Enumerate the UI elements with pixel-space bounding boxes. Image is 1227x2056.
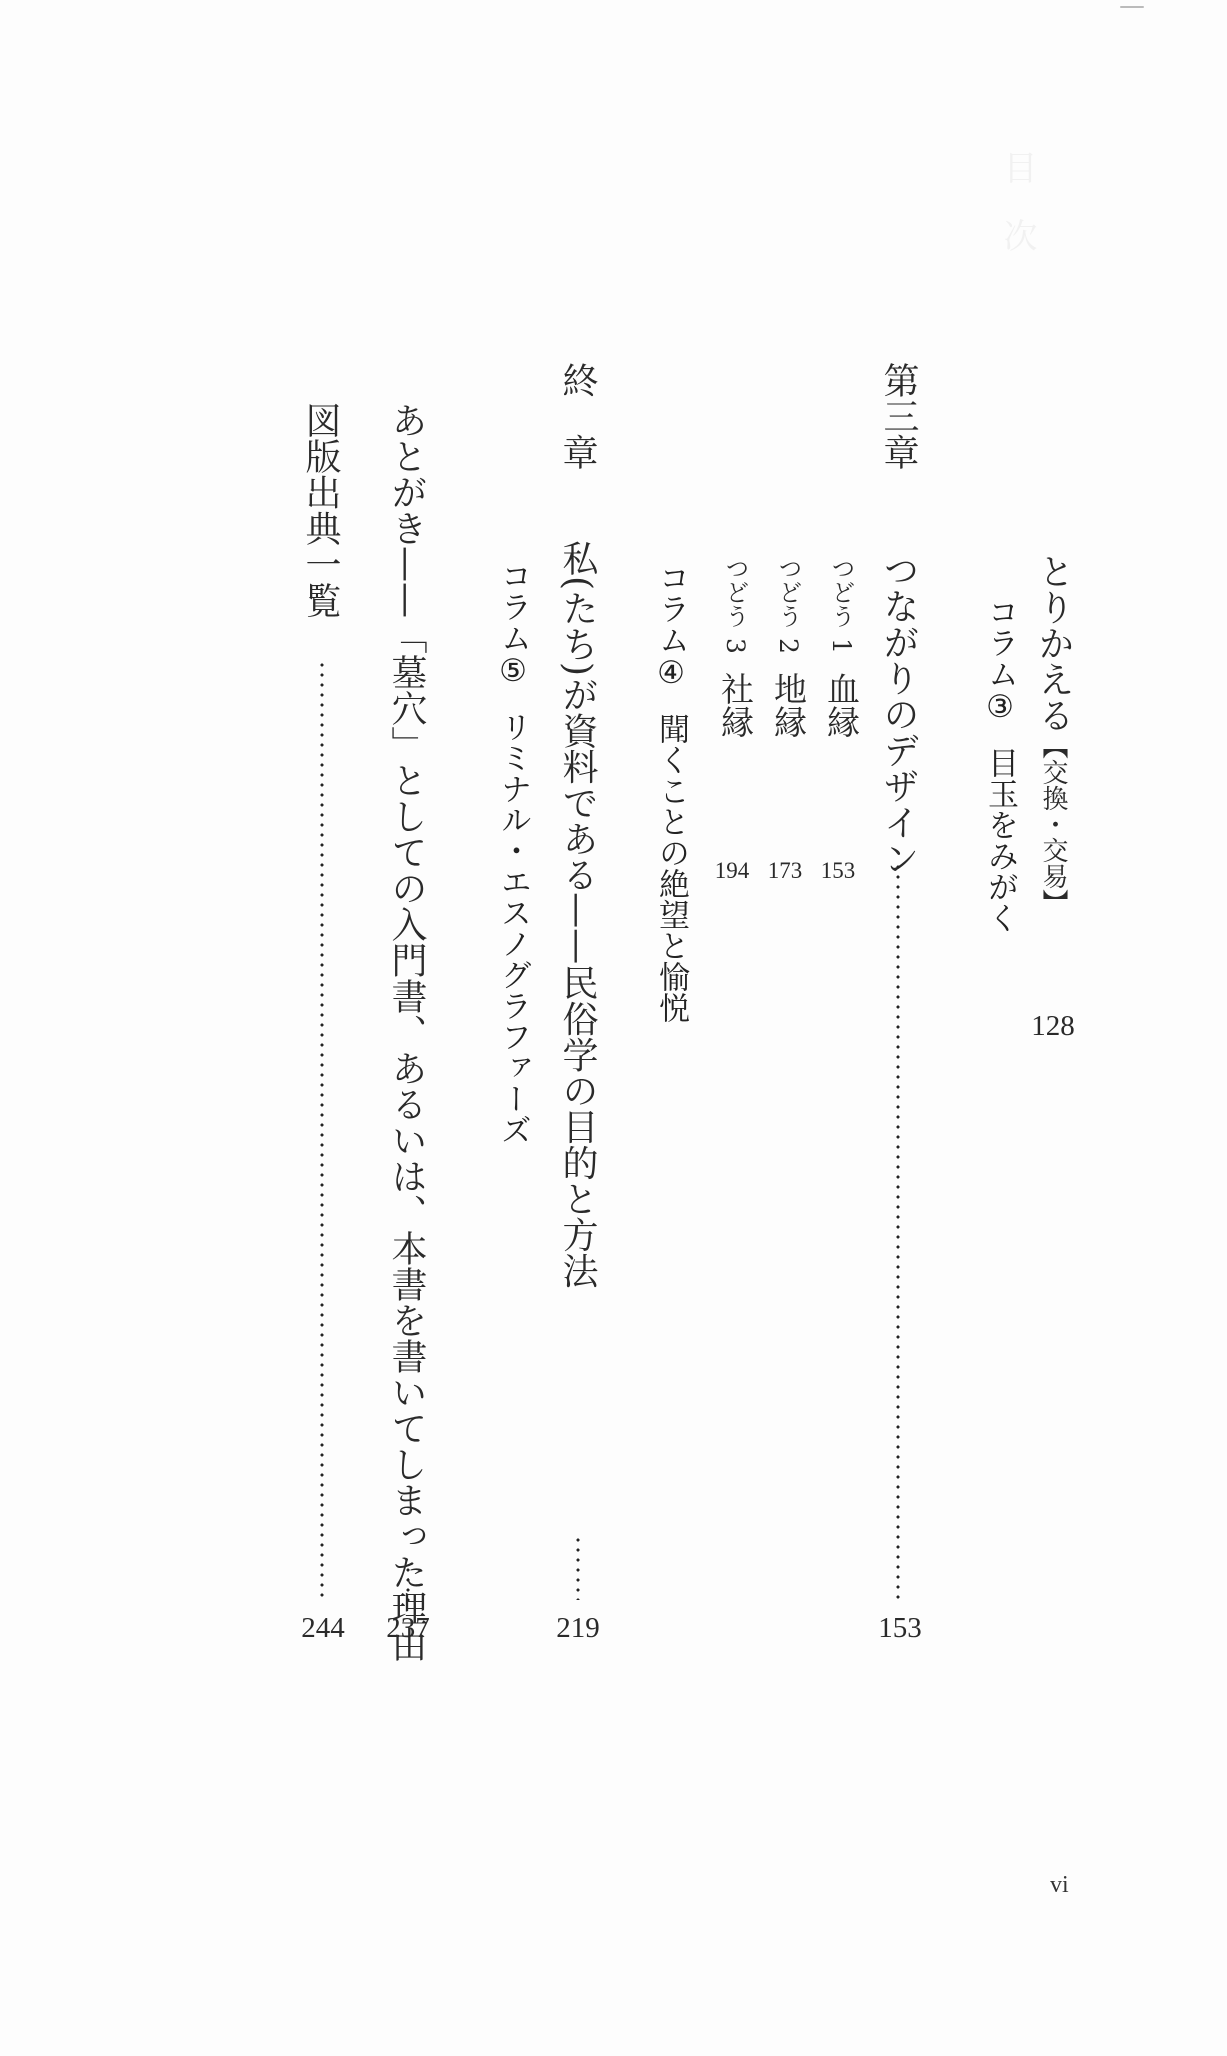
section-number: 1 — [827, 638, 856, 654]
page-number: 173 — [768, 858, 803, 884]
show-through-text: 目 次 — [1000, 150, 1034, 252]
toc-entry-final-chapter[interactable]: 終 章私(たち)が資料である——民俗学の目的と方法 — [559, 362, 595, 1288]
circled-number: ④ — [653, 655, 689, 691]
entry-title: 血縁 — [822, 672, 861, 738]
entry-title: リミナル・エスノグラファーズ — [495, 711, 531, 1145]
section-label: つどう — [721, 556, 749, 628]
page-number: 244 — [301, 1612, 345, 1645]
page-number: 194 — [715, 858, 750, 884]
toc-entry-tsudou-3[interactable]: つどう3社縁 — [719, 556, 752, 738]
toc-entry-column-5[interactable]: コラム⑤リミナル・エスノグラファーズ — [497, 560, 528, 1145]
toc-entry-column-4[interactable]: コラム④聞くことの絶望と愉悦 — [655, 562, 686, 1023]
section-label: つどう — [774, 556, 802, 628]
entry-title: とりかえる — [1033, 553, 1074, 733]
page-folio: vi — [1050, 1872, 1069, 1899]
dot-leader — [897, 862, 900, 1602]
entry-title: 図版出典一覧 — [300, 402, 341, 618]
dot-leader — [577, 1535, 580, 1600]
entry-title: 私(たち)が資料である——民俗学の目的と方法 — [557, 540, 598, 1288]
scan-mark — [1120, 6, 1144, 8]
toc-entry-figure-credits[interactable]: 図版出典一覧 — [302, 402, 338, 618]
page-number: 219 — [556, 1612, 600, 1645]
toc-entry-chapter-3[interactable]: 第三章つながりのデザイン — [880, 362, 916, 876]
entry-title: あとがき——「墓穴」としての入門書、あるいは、本書を書いてしまった理由 — [386, 402, 427, 1662]
page-number: 153 — [821, 858, 856, 884]
section-number: 2 — [774, 638, 803, 654]
page-number: 237 — [386, 1612, 430, 1645]
entry-title: 社縁 — [716, 672, 755, 738]
page-number: 128 — [1031, 1010, 1075, 1043]
dot-leader — [407, 1565, 410, 1603]
entry-suffix: 【交換・交易】 — [1038, 733, 1068, 915]
column-label: コラム — [982, 596, 1018, 689]
toc-entry-tsudou-1[interactable]: つどう1血縁 — [825, 556, 858, 738]
entry-title: つながりのデザイン — [878, 552, 919, 876]
circled-number: ⑤ — [495, 653, 531, 689]
toc-entry-column-3[interactable]: コラム③目玉をみがく — [984, 596, 1015, 933]
dot-leader — [321, 660, 324, 1602]
toc-entry-afterword[interactable]: あとがき——「墓穴」としての入門書、あるいは、本書を書いてしまった理由 — [388, 402, 424, 1662]
section-number: 3 — [721, 638, 750, 654]
toc-entry-torikaeru[interactable]: とりかえる【交換・交易】 — [1035, 553, 1071, 915]
page-number: 153 — [878, 1612, 922, 1645]
column-label: コラム — [653, 562, 689, 655]
column-label: コラム — [495, 560, 531, 653]
entry-title: 地縁 — [769, 672, 808, 738]
chapter-label: 終 章 — [557, 362, 598, 470]
section-label: つどう — [827, 556, 855, 628]
entry-title: 聞くことの絶望と愉悦 — [653, 713, 689, 1023]
circled-number: ③ — [982, 689, 1018, 725]
chapter-label: 第三章 — [878, 362, 919, 470]
entry-title: 目玉をみがく — [982, 747, 1018, 933]
toc-entry-tsudou-2[interactable]: つどう2地縁 — [772, 556, 805, 738]
